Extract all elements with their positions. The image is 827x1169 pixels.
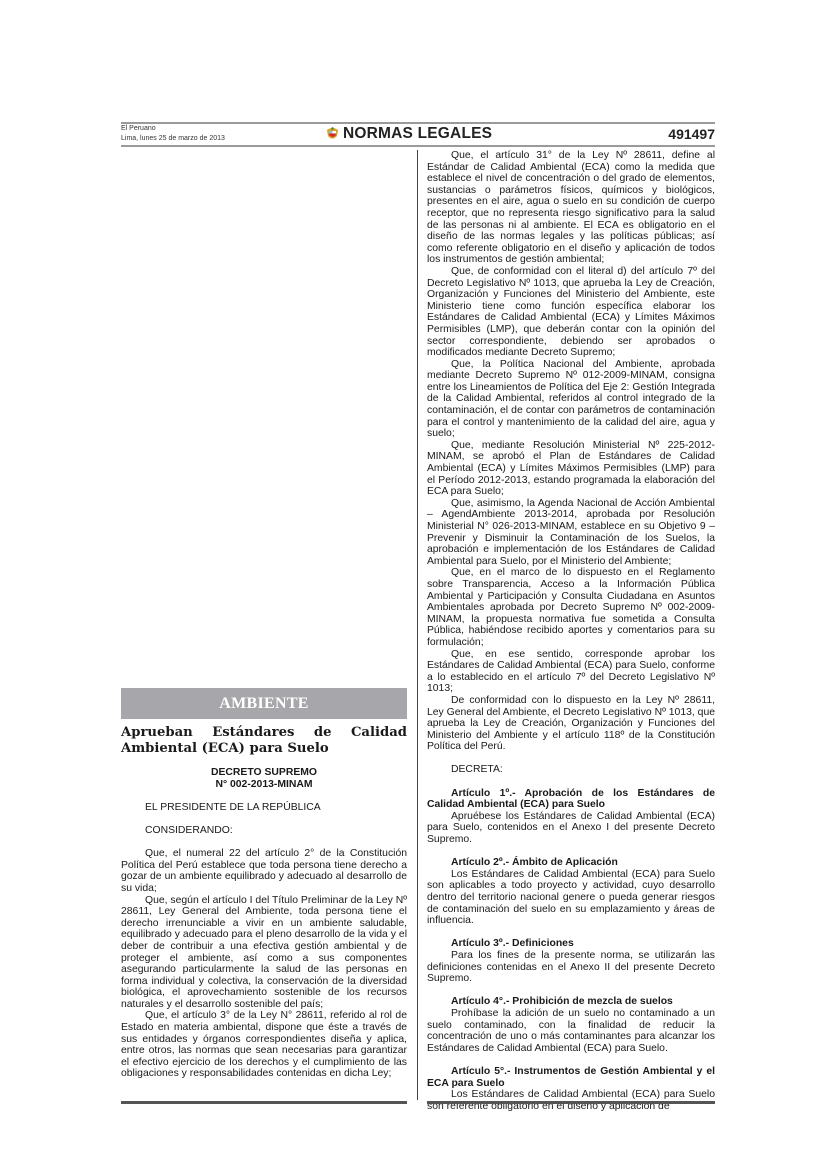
paragraph: Que, de conformidad con el literal d) de… bbox=[427, 266, 715, 359]
president-line: EL PRESIDENTE DE LA REPÚBLICA bbox=[121, 802, 407, 814]
article-title: Artículo 2º.- Ámbito de Aplicación bbox=[427, 857, 715, 869]
article-title: Artículo 4°.- Prohibición de mezcla de s… bbox=[427, 996, 715, 1008]
paragraph: Que, en el marco de lo dispuesto en el R… bbox=[427, 567, 715, 648]
article-title: Artículo 5°.- Instrumentos de Gestión Am… bbox=[427, 1066, 715, 1089]
right-column: Que, el artículo 31° de la Ley Nº 28611,… bbox=[427, 150, 715, 1112]
header-bottom-rule bbox=[121, 145, 715, 147]
paragraph: Que, asimismo, la Agenda Nacional de Acc… bbox=[427, 498, 715, 568]
footer-rule-right bbox=[427, 1101, 715, 1104]
decree-type: DECRETO SUPREMO bbox=[121, 767, 407, 779]
decreta-heading: DECRETA: bbox=[427, 764, 715, 776]
publication-date: Lima, lunes 25 de marzo de 2013 bbox=[121, 134, 225, 144]
publication-name: El Peruano bbox=[121, 124, 225, 134]
paragraph: Que, el artículo 3° de la Ley N° 28611, … bbox=[121, 1010, 407, 1080]
column-divider bbox=[417, 150, 418, 1100]
coat-of-arms-icon bbox=[326, 127, 339, 141]
paragraph: Que, mediante Resolución Ministerial Nº … bbox=[427, 440, 715, 498]
decree-number: DECRETO SUPREMO N° 002-2013-MINAM bbox=[121, 767, 407, 790]
paragraph: Que, el artículo 31° de la Ley Nº 28611,… bbox=[427, 150, 715, 266]
paragraph: Que, el numeral 22 del artículo 2° de la… bbox=[121, 848, 407, 894]
article-body: Prohíbase la adición de un suelo no cont… bbox=[427, 1008, 715, 1054]
considerando-heading: CONSIDERANDO: bbox=[121, 825, 407, 837]
paragraph: Que, la Política Nacional del Ambiente, … bbox=[427, 359, 715, 440]
article-body: Los Estándares de Calidad Ambiental (ECA… bbox=[427, 869, 715, 927]
article-title: Artículo 1º.- Aprobación de los Estándar… bbox=[427, 788, 715, 811]
article-body: Para los fines de la presente norma, se … bbox=[427, 950, 715, 985]
section-banner: AMBIENTE bbox=[121, 688, 407, 719]
paragraph: De conformidad con lo dispuesto en la Le… bbox=[427, 695, 715, 753]
paragraph: Que, según el artículo I del Título Prel… bbox=[121, 895, 407, 1011]
header-section: NORMAS LEGALES bbox=[326, 125, 492, 143]
article-title: Artículo 3º.- Definiciones bbox=[427, 938, 715, 950]
article-headline: Aprueban Estándares de Calidad Ambiental… bbox=[121, 725, 407, 757]
section-title: NORMAS LEGALES bbox=[343, 125, 492, 143]
page-number: 491497 bbox=[668, 126, 715, 142]
decree-code: N° 002-2013-MINAM bbox=[121, 779, 407, 791]
article-body: Apruébese los Estándares de Calidad Ambi… bbox=[427, 811, 715, 846]
footer-rule-left bbox=[121, 1101, 407, 1104]
paragraph: Que, en ese sentido, corresponde aprobar… bbox=[427, 649, 715, 695]
left-column: AMBIENTE Aprueban Estándares de Calidad … bbox=[121, 688, 407, 1080]
header-publication-info: El Peruano Lima, lunes 25 de marzo de 20… bbox=[121, 124, 225, 144]
